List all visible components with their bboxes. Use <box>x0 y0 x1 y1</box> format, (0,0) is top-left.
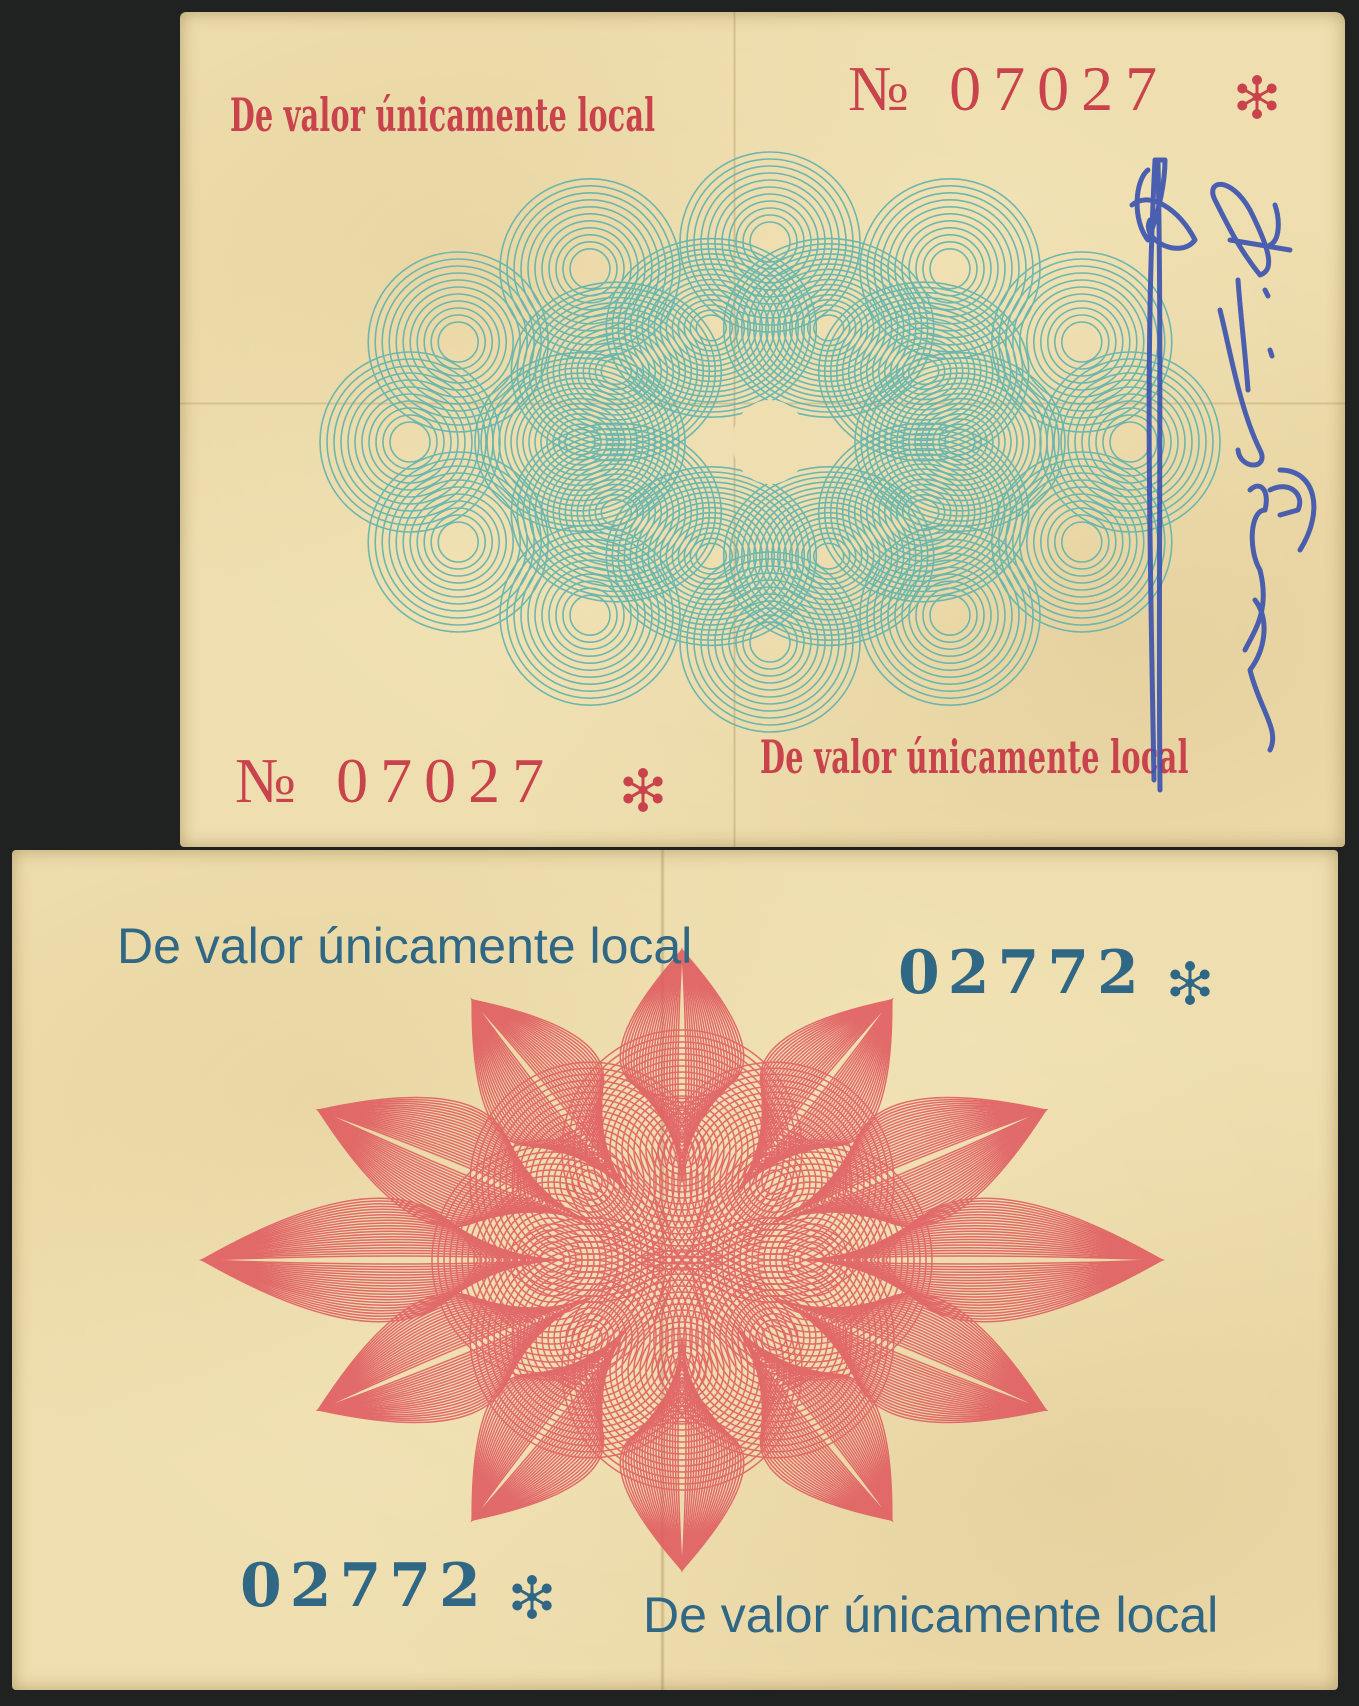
handwritten-signature <box>1120 150 1320 810</box>
serial-value: 07027 <box>336 745 556 816</box>
asterisk-icon <box>1167 960 1213 1006</box>
legend-top-left: De valor únicamente local <box>230 88 655 142</box>
serial-number-top-right: 02772 <box>898 938 1147 1008</box>
asterisk-icon <box>1234 74 1280 120</box>
serial-prefix: № <box>848 53 921 124</box>
guilloche-rosette-red <box>185 920 1180 1580</box>
asterisk-icon <box>620 767 666 813</box>
asterisk-icon <box>509 1574 555 1620</box>
serial-prefix: № <box>235 745 308 816</box>
serial-number-bottom-left: 02772 <box>240 1551 489 1621</box>
legend-top-left: De valor únicamente local <box>117 917 692 975</box>
serial-number-top-right: № 07027 <box>848 52 1169 126</box>
serial-value: 07027 <box>949 53 1169 124</box>
legend-bottom-right: De valor únicamente local <box>643 1586 1218 1644</box>
serial-number-bottom-left: № 07027 <box>235 744 556 818</box>
